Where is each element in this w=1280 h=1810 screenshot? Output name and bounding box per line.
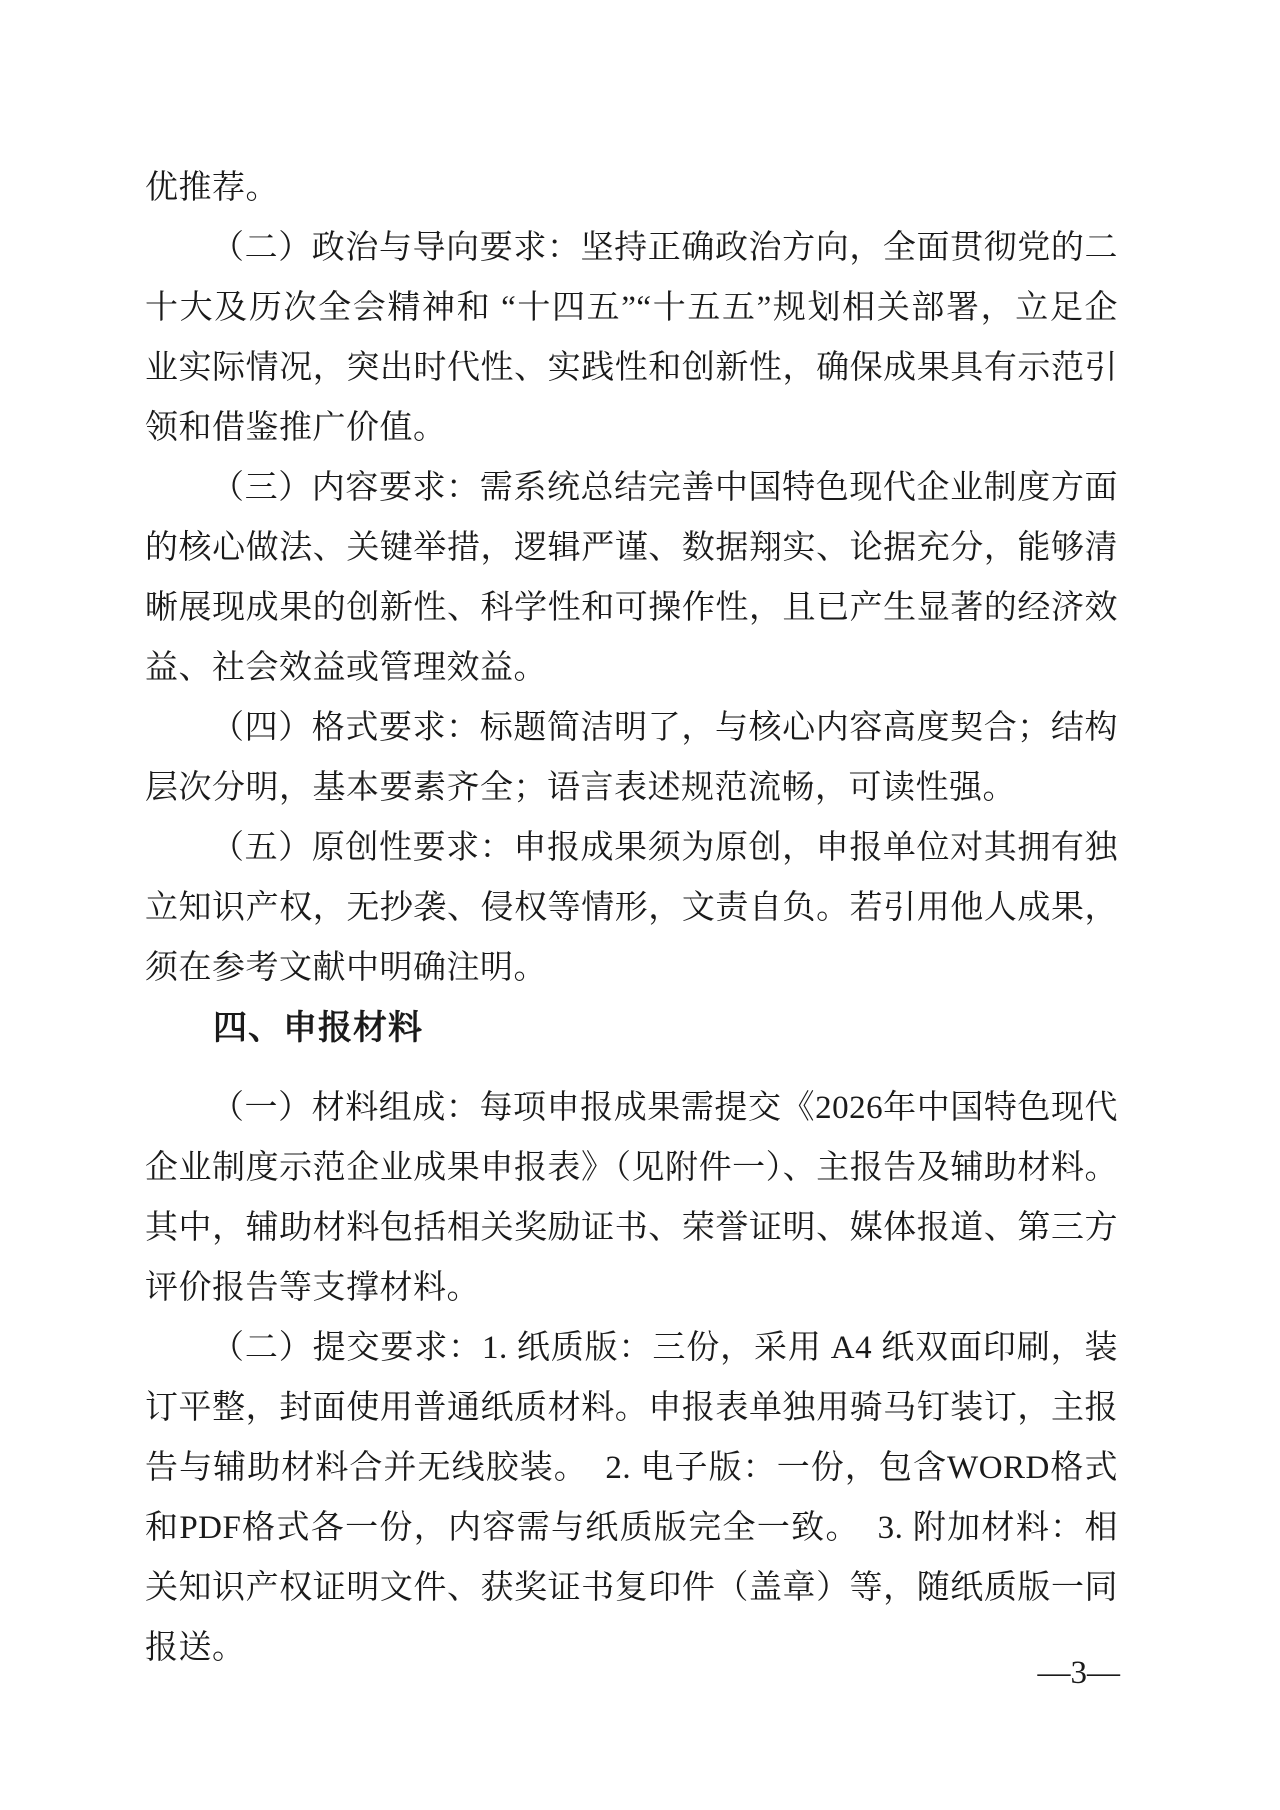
section-heading: 四、申报材料 [145, 998, 1118, 1058]
document-body: 优推荐。（二）政治与导向要求：坚持正确政治方向，全面贯彻党的二十大及历次全会精神… [145, 158, 1118, 1678]
paragraph: （四）格式要求：标题简洁明了，与核心内容高度契合；结构层次分明，基本要素齐全；语… [145, 698, 1118, 818]
paragraph: （二）提交要求：1. 纸质版：三份，采用 A4 纸双面印刷，装订平整，封面使用普… [145, 1318, 1118, 1678]
page-number: —3— [1038, 1648, 1121, 1698]
paragraph: （三）内容要求：需系统总结完善中国特色现代企业制度方面的核心做法、关键举措，逻辑… [145, 458, 1118, 698]
document-page: 优推荐。（二）政治与导向要求：坚持正确政治方向，全面贯彻党的二十大及历次全会精神… [0, 0, 1280, 1810]
paragraph: 优推荐。 [145, 158, 1118, 218]
paragraph: （五）原创性要求：申报成果须为原创，申报单位对其拥有独立知识产权，无抄袭、侵权等… [145, 818, 1118, 998]
paragraph: （二）政治与导向要求：坚持正确政治方向，全面贯彻党的二十大及历次全会精神和 “十… [145, 218, 1118, 458]
paragraph: （一）材料组成：每项申报成果需提交《2026年中国特色现代企业制度示范企业成果申… [145, 1078, 1118, 1318]
